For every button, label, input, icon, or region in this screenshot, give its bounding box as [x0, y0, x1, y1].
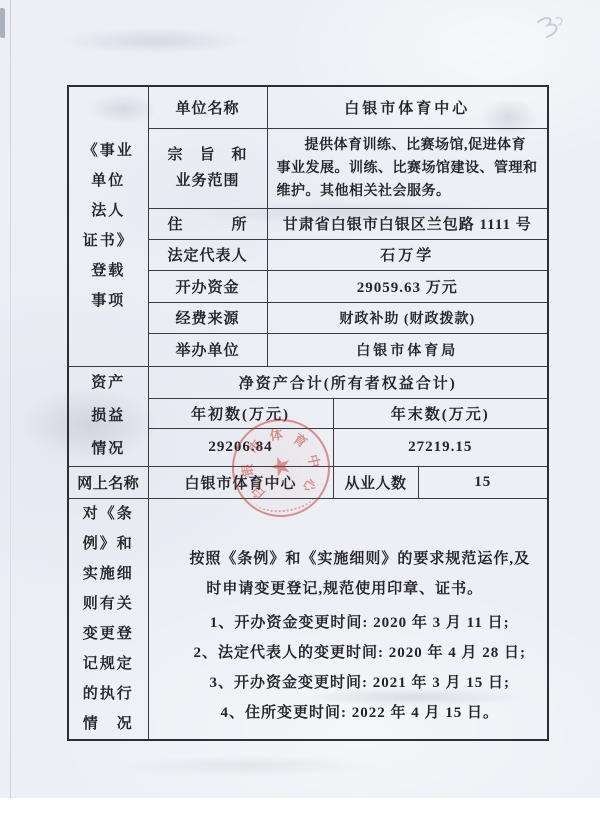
side-label-line: 事项 — [91, 286, 125, 316]
opening-capital-label: 开办资金 — [148, 270, 267, 302]
scanned-document-page: 《事业 单位 法人 证书》 登载 事项 单位名称 白银市体育中心 宗 旨 和 业… — [0, 0, 600, 825]
online-name-value: 白银市体育中心 — [148, 466, 333, 498]
side-label-line: 情 况 — [83, 709, 134, 739]
side-label-line: 对《条 — [83, 499, 134, 529]
purpose-label-line1: 宗 旨 和 — [149, 142, 267, 168]
scan-fold-line — [10, 0, 11, 798]
registration-table: 《事业 单位 法人 证书》 登载 事项 单位名称 白银市体育中心 宗 旨 和 业… — [67, 85, 549, 741]
side-label-line: 单位 — [91, 166, 125, 196]
compliance-content: 按照《条例》和《实施细则》的要求规范运作,及时申请变更登记,规范使用印章、证书。… — [148, 498, 548, 740]
side-label-line: 变更登 — [83, 619, 134, 649]
unit-name-value: 白银市体育中心 — [267, 86, 548, 128]
change-record-item: 3、开办资金变更时间: 2021 年 3 月 15 日; — [155, 673, 536, 694]
side-label-line: 资产 — [91, 367, 125, 400]
side-label-line: 记规定 — [83, 649, 134, 679]
side-label-line: 则有关 — [83, 589, 134, 619]
side-label-line: 《事业 — [83, 136, 134, 166]
side-label-line: 情况 — [91, 433, 125, 466]
staff-count-value: 15 — [418, 466, 548, 498]
change-record-item: 4、住所变更时间: 2022 年 4 月 15 日。 — [155, 703, 536, 724]
opening-capital-value: 29059.63 万元 — [267, 270, 548, 302]
year-end-value: 27219.15 — [333, 428, 548, 466]
side-label-line: 实施细 — [83, 559, 134, 589]
legal-representative-label: 法定代表人 — [148, 239, 267, 270]
net-assets-header: 净资产合计(所有者权益合计) — [148, 366, 548, 398]
side-label-line: 损益 — [91, 400, 125, 433]
section-label-compliance: 对《条 例》和 实施细 则有关 变更登 记规定 的执行 情 况 — [68, 498, 148, 740]
year-begin-value: 29206.84 — [148, 428, 333, 466]
staff-count-label: 从业人数 — [333, 466, 418, 498]
scan-edge-artifact — [0, 7, 5, 38]
online-name-label: 网上名称 — [68, 466, 148, 498]
address-value: 甘肃省白银市白银区兰包路 1111 号 — [267, 208, 548, 239]
section-label-assets: 资产 损益 情况 — [68, 366, 148, 466]
side-label-line: 证书》 — [83, 226, 134, 256]
side-label-line: 登载 — [91, 256, 125, 286]
sponsor-unit-value: 白银市体育局 — [267, 333, 548, 366]
year-begin-header: 年初数(万元) — [148, 398, 333, 428]
side-label-line: 例》和 — [83, 529, 134, 559]
purpose-scope-value: 提供体育训练、比赛场馆,促进体育事业发展。训练、比赛场馆建设、管理和维护。其他相… — [267, 128, 548, 208]
paper-background: 《事业 单位 法人 证书》 登载 事项 单位名称 白银市体育中心 宗 旨 和 业… — [0, 0, 600, 798]
change-record-item: 1、开办资金变更时间: 2020 年 3 月 11 日; — [155, 613, 536, 634]
funding-source-label: 经费来源 — [148, 302, 267, 333]
address-label: 住 所 — [148, 208, 267, 239]
funding-source-value: 财政补助 (财政拨款) — [267, 302, 548, 333]
purpose-scope-label: 宗 旨 和 业务范围 — [148, 128, 267, 208]
legal-representative-value: 石万学 — [267, 239, 548, 270]
scan-smudge — [60, 28, 250, 54]
scan-smudge — [120, 755, 380, 777]
section-label-certificate-items: 《事业 单位 法人 证书》 登载 事项 — [68, 86, 148, 366]
purpose-label-line2: 业务范围 — [149, 168, 267, 194]
side-label-line: 的执行 — [83, 679, 134, 709]
compliance-paragraph: 按照《条例》和《实施细则》的要求规范运作,及时申请变更登记,规范使用印章、证书。 — [155, 544, 536, 604]
year-end-header: 年末数(万元) — [333, 398, 548, 428]
side-label-line: 法人 — [91, 196, 125, 226]
change-record-item: 2、法定代表人的变更时间: 2020 年 4 月 28 日; — [155, 643, 536, 664]
unit-name-label: 单位名称 — [148, 86, 267, 128]
sponsor-unit-label: 举办单位 — [148, 333, 267, 366]
pencil-scribble — [532, 14, 566, 49]
